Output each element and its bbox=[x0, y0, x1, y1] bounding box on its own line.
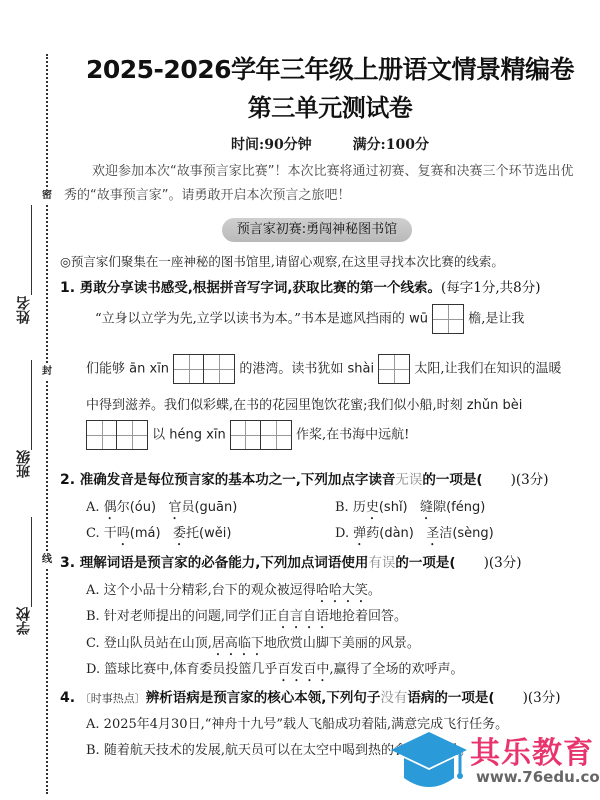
watermark-brand-name: 其乐教育 bbox=[470, 728, 594, 772]
exam-title: 2025-2026学年三年级上册语文情景精编卷 bbox=[60, 50, 600, 86]
passage-text: 以 bbox=[152, 428, 165, 443]
passage-text: 们能够 bbox=[86, 362, 125, 377]
graduation-cap-icon bbox=[390, 730, 468, 796]
question-score: )(3分) bbox=[484, 555, 522, 571]
question-score: )(3分) bbox=[511, 472, 549, 488]
exam-full-score: 满分:100分 bbox=[353, 137, 429, 153]
passage-text: 檐,是让我 bbox=[468, 312, 524, 327]
section-banner: 预言家初赛:勇闯神秘图书馆 bbox=[222, 218, 412, 242]
question-text: 辨析语病是预言家的核心本领,下列句子 bbox=[146, 690, 381, 706]
question-emphasis: 有误 bbox=[368, 555, 395, 571]
pinyin-an-xin: ān xīn bbox=[129, 362, 169, 377]
passage-text: “立身以立学为先,立学以读书为本。”书本是遮风挡雨的 bbox=[95, 312, 405, 327]
q1-passage-line-2: 们能够 ān xīn 的港湾。读书犹如 shài 太阳,让我们在知识的温暖 bbox=[86, 354, 562, 384]
class-write-line[interactable] bbox=[31, 360, 32, 450]
question-text: 的一项是( bbox=[422, 472, 482, 488]
answer-grid-shai[interactable] bbox=[378, 354, 410, 384]
seal-char-xian: 线 bbox=[38, 552, 56, 568]
exam-subtitle: 第三单元测试卷 bbox=[60, 88, 600, 123]
name-write-line[interactable] bbox=[31, 205, 32, 295]
q1-passage-line-4: 以 héng xīn 作桨,在书海中远航! bbox=[86, 420, 409, 450]
question-text: 理解词语是预言家的必备能力,下列加点词语使用 bbox=[80, 555, 369, 571]
exam-meta: 时间:90分钟 满分:100分 bbox=[60, 134, 600, 154]
question-emphasis: 无误 bbox=[395, 472, 422, 488]
answer-grid-wu[interactable] bbox=[432, 304, 464, 334]
passage-text: 的港湾。读书犹如 bbox=[239, 362, 343, 377]
answer-grid-an-xin[interactable] bbox=[173, 354, 235, 384]
intro-paragraph: 欢迎参加本次“故事预言家比赛”！本次比赛将通过初赛、复赛和决赛三个环节选出优秀的… bbox=[64, 160, 586, 208]
pinyin-shai: shài bbox=[347, 362, 374, 377]
pinyin-heng-xin: héng xīn bbox=[169, 428, 225, 443]
seal-char-feng: 封 bbox=[38, 364, 56, 380]
question-number: 2. bbox=[60, 472, 75, 488]
watermark-url: www.76edu.com bbox=[476, 768, 600, 786]
question-2-stem: 2. 准确发音是每位预言家的基本功之一,下列加点字读音无误的一项是()(3分) bbox=[60, 468, 548, 488]
question-emphasis: 没有 bbox=[380, 690, 407, 706]
section-note: ◎预言家们聚集在一座神秘的图书馆里,请留心观察,在这里寻找本次比赛的线索。 bbox=[60, 252, 504, 270]
current-events-tag: 〔时事热点〕 bbox=[80, 692, 146, 705]
question-score: (每字1分,共8分) bbox=[441, 280, 541, 296]
q2-option-d[interactable]: D. 弹药(dàn) 圣洁(sèng) bbox=[335, 522, 494, 549]
question-number: 3. bbox=[60, 555, 75, 571]
q1-passage-line-3: 中得到滋养。我们似彩蝶,在书的花园里饱饮花蜜;我们似小船,时刻 zhǔn bèi bbox=[86, 394, 522, 413]
exam-time: 时间:90分钟 bbox=[231, 137, 312, 153]
school-field-label: 学校 bbox=[14, 607, 34, 635]
binding-dotted-line bbox=[46, 54, 48, 794]
answer-grid-zhun-bei[interactable] bbox=[86, 420, 148, 450]
pinyin-wu: wū bbox=[409, 312, 428, 327]
question-score: )(3分) bbox=[523, 690, 561, 706]
q1-passage-line-1: “立身以立学为先,立学以读书为本。”书本是遮风挡雨的 wū 檐,是让我 bbox=[95, 304, 524, 334]
school-write-line[interactable] bbox=[31, 517, 32, 607]
question-1-stem: 1. 勇敢分享读书感受,根据拼音写字词,获取比赛的第一个线索。(每字1分,共8分… bbox=[60, 276, 541, 296]
question-text: 的一项是( bbox=[395, 555, 455, 571]
question-3-stem: 3. 理解词语是预言家的必备能力,下列加点词语使用有误的一项是()(3分) bbox=[60, 551, 521, 571]
q2-option-a[interactable]: A. 偶尔(óu) 官员(guān) bbox=[86, 496, 237, 523]
question-text: 准确发音是每位预言家的基本功之一,下列加点字读音 bbox=[80, 472, 396, 488]
passage-text: 中得到滋养。我们似彩蝶,在书的花园里饱饮花蜜;我们似小船,时刻 bbox=[86, 398, 463, 413]
question-4-stem: 4. 〔时事热点〕辨析语病是预言家的核心本领,下列句子没有语病的一项是()(3分… bbox=[60, 686, 560, 706]
pinyin-zhun-bei: zhǔn bèi bbox=[467, 398, 523, 413]
question-text: 语病的一项是( bbox=[407, 690, 494, 706]
q2-option-c[interactable]: C. 干吗(má) 委托(wěi) bbox=[86, 522, 231, 549]
q3-option-b[interactable]: B. 针对老师提出的问题,同学们正自言自语地抢着回答。 bbox=[86, 605, 407, 632]
q3-option-d[interactable]: D. 篮球比赛中,体育委员投篮几乎百发百中,赢得了全场的欢呼声。 bbox=[86, 658, 464, 685]
question-number: 4. bbox=[60, 690, 75, 706]
passage-text: 作桨,在书海中远航! bbox=[296, 428, 409, 443]
class-field-label: 班级 bbox=[14, 450, 34, 478]
question-text: 勇敢分享读书感受,根据拼音写字词,获取比赛的第一个线索。 bbox=[80, 280, 441, 296]
q3-option-a[interactable]: A. 这个小品十分精彩,台下的观众被逗得哈哈大笑。 bbox=[86, 579, 381, 606]
q2-option-b[interactable]: B. 历史(shǐ) 缝隙(féng) bbox=[335, 496, 485, 523]
answer-grid-heng-xin[interactable] bbox=[230, 420, 292, 450]
watermark: 其乐教育 www.76edu.com bbox=[390, 728, 600, 800]
name-field-label: 姓名 bbox=[14, 296, 34, 324]
seal-char-mi: 密 bbox=[38, 188, 56, 204]
passage-text: 太阳,让我们在知识的温暖 bbox=[414, 362, 561, 377]
question-number: 1. bbox=[60, 280, 75, 296]
q3-option-c[interactable]: C. 登山队员站在山顶,居高临下地欣赏山脚下美丽的风景。 bbox=[86, 632, 420, 659]
